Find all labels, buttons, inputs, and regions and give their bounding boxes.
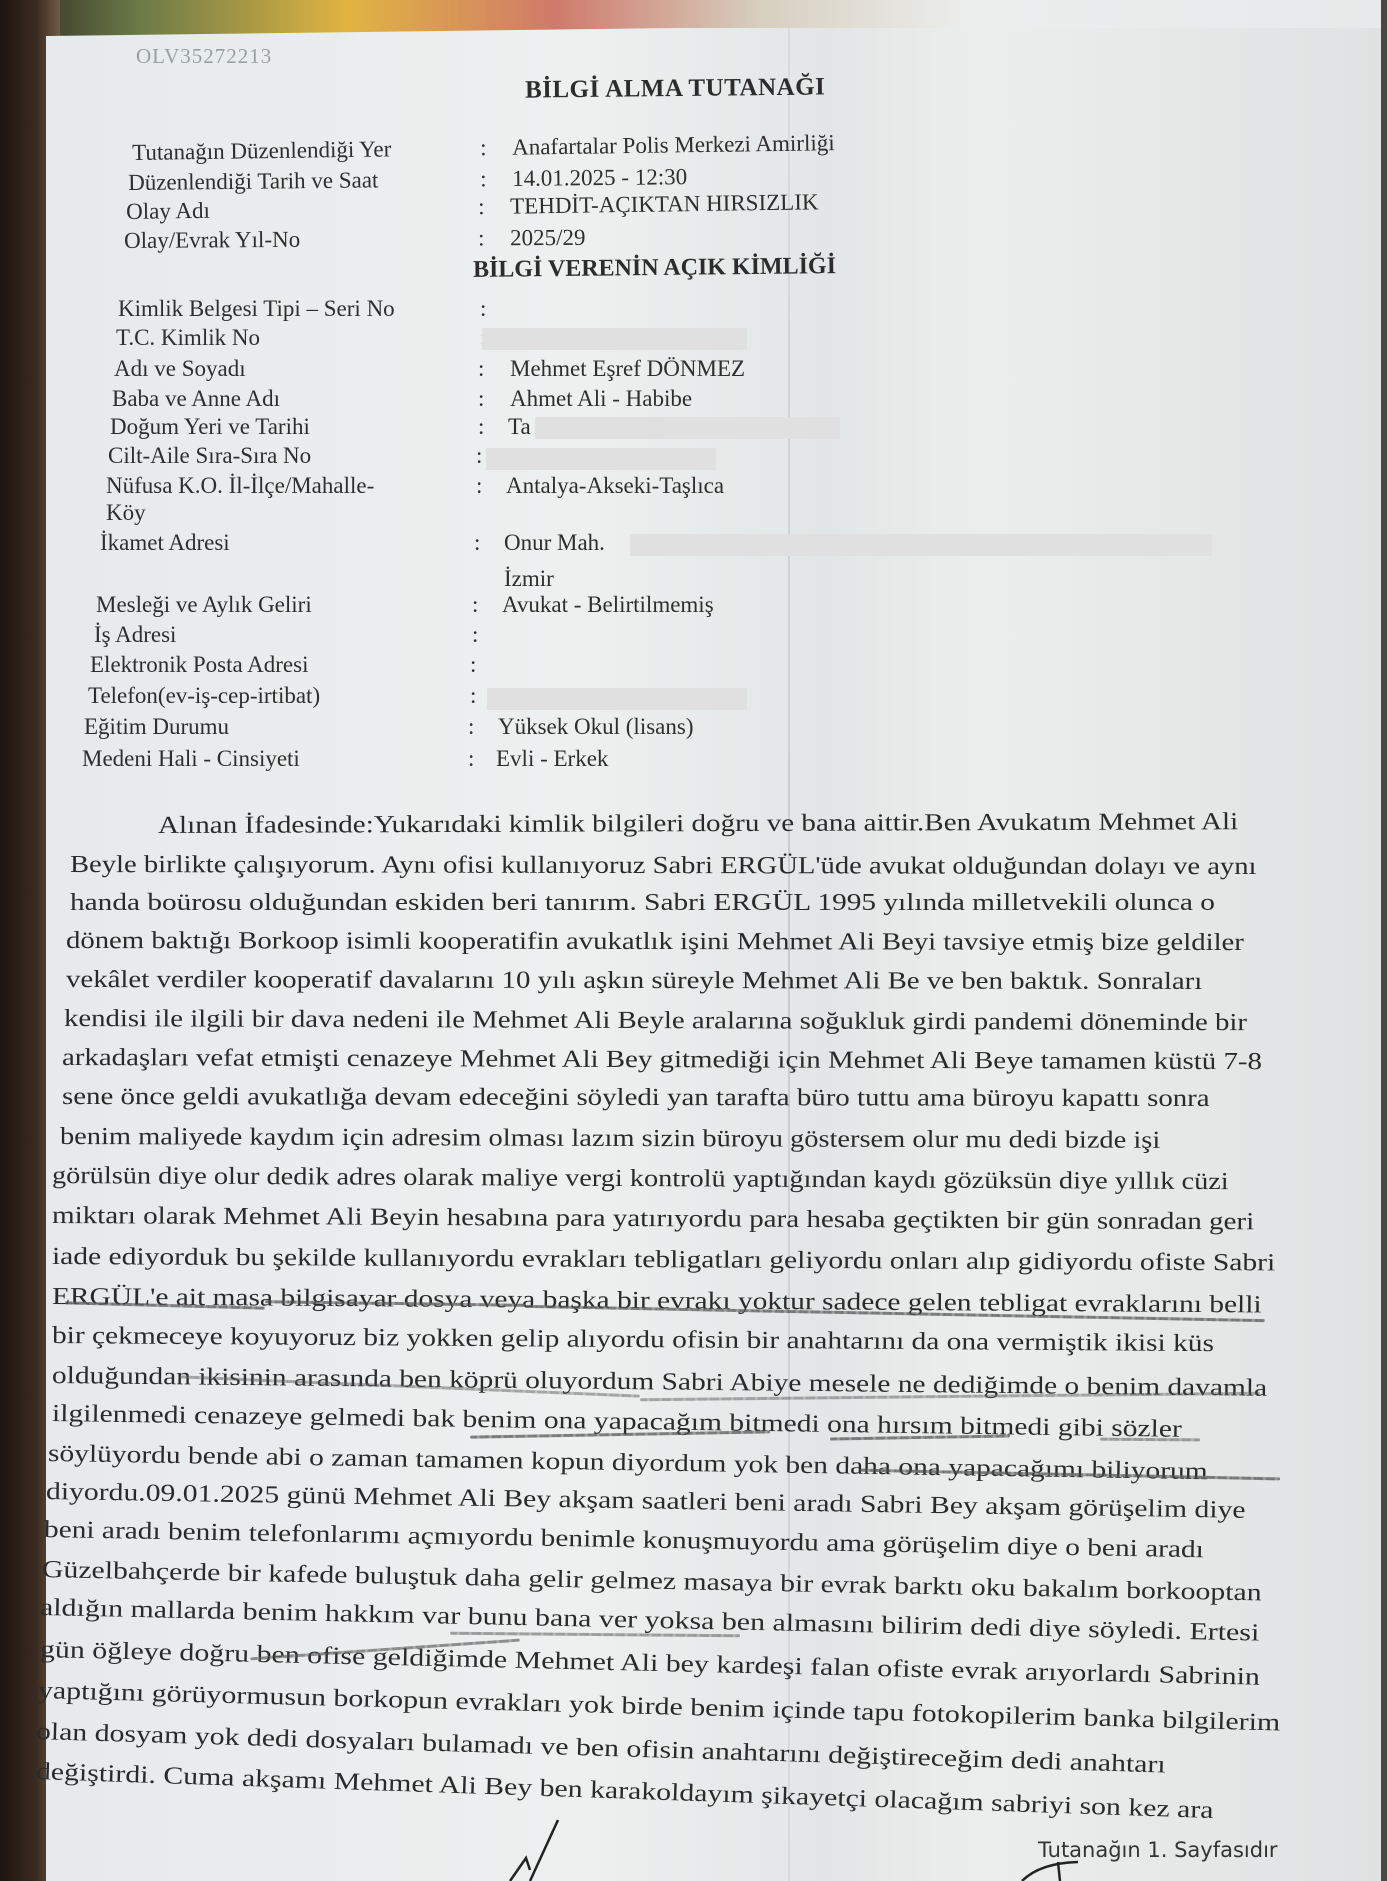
statement-line: miktarı olarak Mehmet Ali Beyin hesabına…	[52, 1202, 1254, 1236]
statement-line: iade ediyorduk bu şekilde kullanıyordu e…	[52, 1243, 1275, 1277]
redaction-block	[535, 417, 840, 439]
statement-line: ilgilenmedi cenazeye gelmedi bak benim o…	[52, 1400, 1182, 1444]
statement-line: kendisi ile ilgili bir dava nedeni ile M…	[64, 1005, 1247, 1037]
statement-line: bir çekmeceye koyuyoruz biz yokken gelip…	[52, 1322, 1214, 1358]
statement-line: diyordu.09.01.2025 günü Mehmet Ali Bey a…	[46, 1478, 1246, 1525]
redaction-block	[487, 688, 747, 710]
statement-line: dönem baktığı Borkoop isimli kooperatifi…	[66, 927, 1244, 957]
statement-line: olduğundan ikisinin arasında ben köprü o…	[52, 1362, 1267, 1403]
redaction-block	[482, 328, 747, 350]
statement-line: söylüyordu bende abi o zaman tamamen kop…	[48, 1440, 1208, 1486]
statement-line: benim maliyede kaydım için adresim olmas…	[60, 1123, 1160, 1155]
statement-line: sene önce geldi avukatlığa devam edeceği…	[62, 1083, 1210, 1113]
redaction-block	[486, 448, 716, 470]
statement-line: vekâlet verdiler kooperatif davalarını 1…	[66, 966, 1202, 996]
statement-line: beni aradı benim telefonlarımı açmıyordu…	[44, 1516, 1204, 1564]
statement-line: Beyle birlikte çalışıyorum. Aynı ofisi k…	[70, 851, 1257, 881]
statement-line: görülsün diye olur dedik adres olarak ma…	[52, 1162, 1229, 1196]
statement-line: Alınan İfadesinde:Yukarıdaki kimlik bilg…	[158, 808, 1238, 840]
statement-body: Alınan İfadesinde:Yukarıdaki kimlik bilg…	[0, 0, 1387, 1881]
page-footer: Tutanağın 1. Sayfasıdır	[1038, 1838, 1278, 1862]
signature-mark	[490, 1818, 570, 1881]
statement-line: ERGÜL'e ait masa bilgisayar dosya veya b…	[52, 1283, 1262, 1319]
redaction-block	[630, 534, 1212, 556]
statement-line: handa boürosu olduğundan eskiden beri ta…	[70, 889, 1215, 917]
statement-line: arkadaşları vefat etmişti cenazeye Mehme…	[62, 1044, 1262, 1076]
